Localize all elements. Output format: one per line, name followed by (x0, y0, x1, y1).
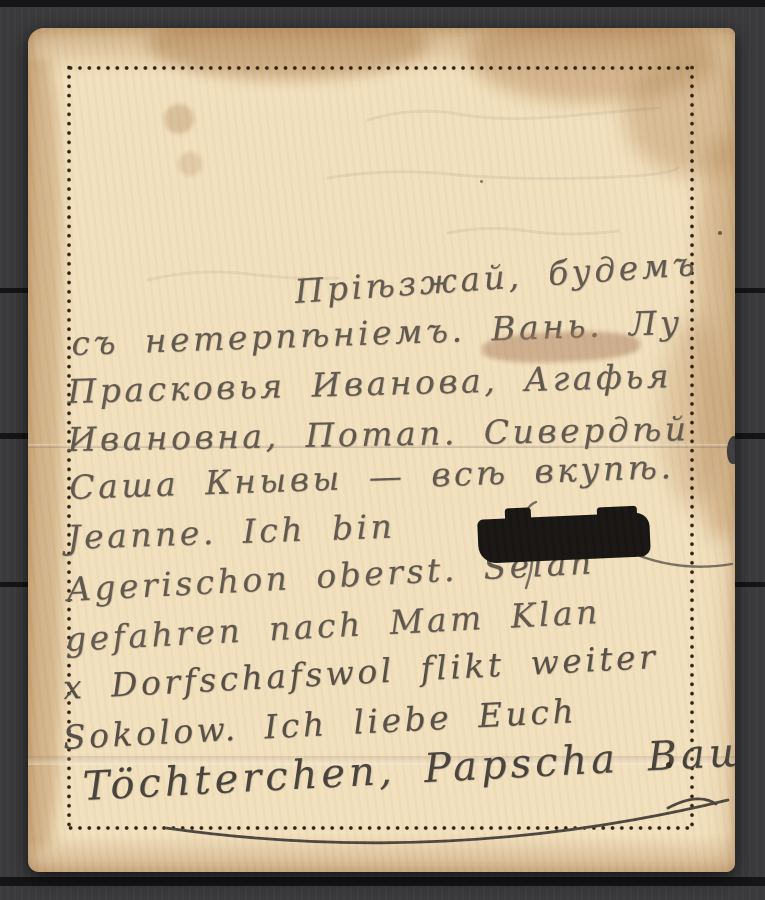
letter-card-paper: Пріѣзжай, будемъ съ нетерпѣніемъ. Вань. … (28, 28, 735, 872)
stain-top-band (28, 28, 735, 76)
redaction-ink-blot (477, 512, 651, 563)
stain-left-edge (28, 58, 62, 848)
stain-bottom-band (28, 834, 735, 872)
perforation-dots-bottom (68, 825, 694, 831)
stain-right-edge (696, 138, 735, 538)
handwriting-line-1: Пріѣзжай, будемъ (293, 244, 699, 311)
paper-edge-notch (726, 436, 735, 465)
stain-blotch (148, 28, 428, 80)
stain-round-spot (164, 104, 194, 134)
background-plank-gap (0, 877, 765, 886)
photo-scene: Пріѣзжай, будемъ съ нетерпѣніемъ. Вань. … (0, 0, 765, 900)
ink-speck (666, 762, 672, 768)
stain-top-right (624, 56, 735, 176)
stain-blotch (468, 28, 718, 102)
ink-speck (480, 180, 483, 183)
perforation-dots-top (68, 65, 694, 71)
handwriting-line-3: Прасковья Иванова, Агафья (67, 356, 673, 411)
ink-speck (718, 231, 722, 235)
handwriting-line-6: Jeanne. Ich bin (67, 507, 396, 557)
stain-round-spot (178, 152, 202, 176)
background-plank-gap (0, 0, 765, 7)
